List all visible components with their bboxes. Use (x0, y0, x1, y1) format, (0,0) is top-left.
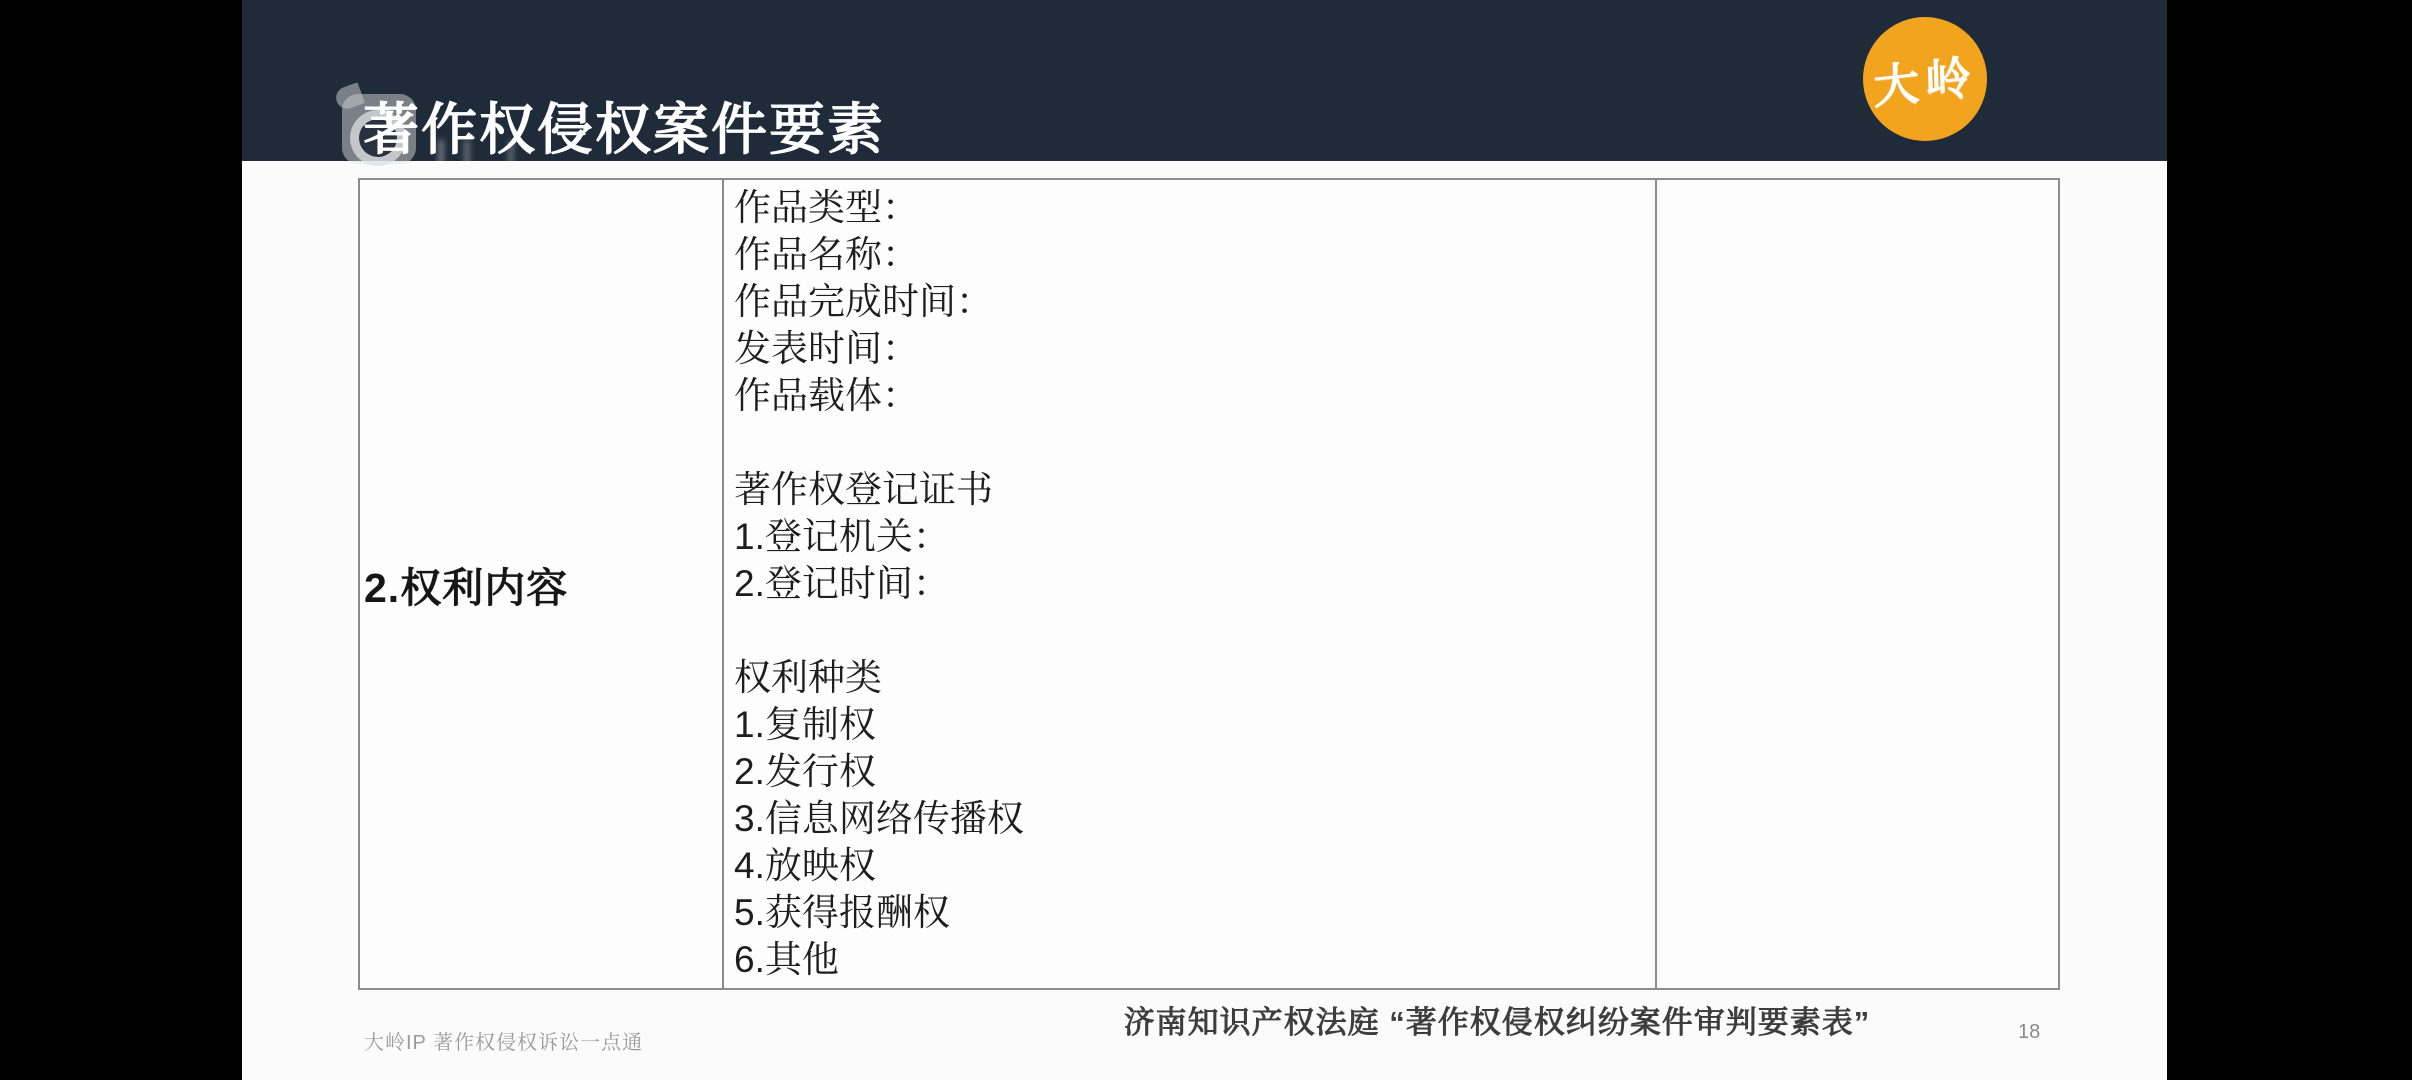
case-elements-table: 2.权利内容 作品类型：作品名称：作品完成时间：发表时间：作品载体：著作权登记证… (358, 178, 2060, 990)
content-line: 5.获得报酬权 (734, 889, 1655, 936)
footer-source-caption: 济南知识产权法庭 “著作权侵权纠纷案件审判要素表” (1062, 997, 1932, 1042)
content-line (734, 607, 1655, 654)
content-line: 6.其他 (734, 936, 1655, 983)
content-line: 4.放映权 (734, 842, 1655, 889)
content-line: 2.登记时间： (734, 560, 1655, 607)
table-content-cell: 作品类型：作品名称：作品完成时间：发表时间：作品载体：著作权登记证书1.登记机关… (724, 180, 1657, 988)
table-note-cell (1657, 180, 2058, 988)
content-line: 发表时间： (734, 325, 1655, 372)
content-line: 3.信息网络传播权 (734, 795, 1655, 842)
video-frame: 著作权侵权案件要素 大岭 2.权利内容 作品类型：作品名称：作品完成时间：发表时… (0, 0, 2412, 1080)
content-line: 权利种类 (734, 654, 1655, 701)
content-line: 著作权登记证书 (734, 466, 1655, 513)
content-line: 作品类型： (734, 184, 1655, 231)
content-line: 1.登记机关： (734, 513, 1655, 560)
row-label: 2.权利内容 (360, 555, 568, 614)
daling-logo: 大岭 (1863, 17, 1987, 141)
slide-header-bar: 著作权侵权案件要素 大岭 (242, 0, 2167, 161)
content-line: 作品载体： (734, 372, 1655, 419)
content-line: 2.发行权 (734, 748, 1655, 795)
page-number: 18 (2018, 1021, 2040, 1044)
table-label-cell: 2.权利内容 (360, 180, 724, 988)
content-line (734, 419, 1655, 466)
slide-title: 著作权侵权案件要素 (363, 86, 885, 166)
content-line: 作品完成时间： (734, 278, 1655, 325)
content-line: 1.复制权 (734, 701, 1655, 748)
slide: 著作权侵权案件要素 大岭 2.权利内容 作品类型：作品名称：作品完成时间：发表时… (242, 0, 2167, 1080)
daling-logo-text: 大岭 (1872, 41, 1978, 118)
content-line: 作品名称： (734, 231, 1655, 278)
footer-course-caption: 大岭IP 著作权侵权诉讼一点通 (364, 1026, 643, 1055)
